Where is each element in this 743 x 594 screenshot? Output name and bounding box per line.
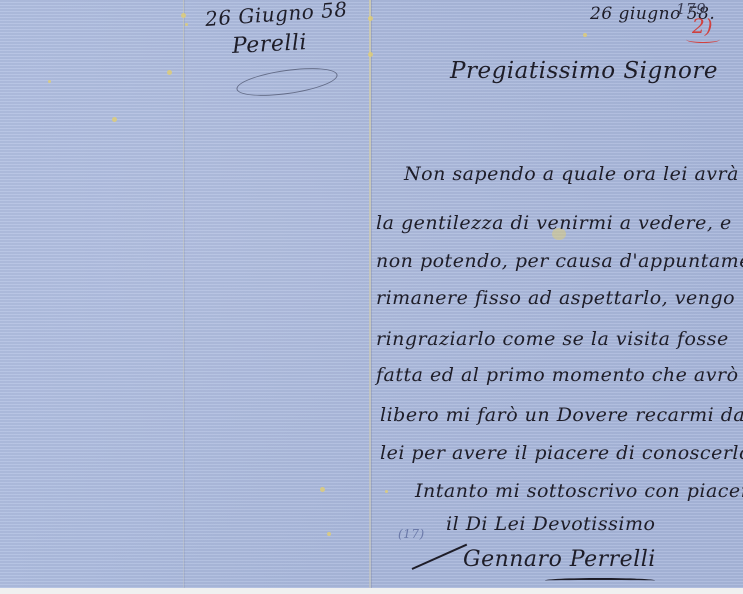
- letter-sheet: 26 Giugno 58 Perelli 26 giugno 58. 179 2…: [0, 0, 743, 588]
- foxing-spot: [181, 13, 186, 18]
- pencil-note: (17): [398, 527, 425, 541]
- signature: Gennaro Perrelli: [463, 547, 656, 572]
- closing: il Di Lei Devotissimo: [446, 513, 655, 535]
- scan-border: [0, 588, 743, 594]
- foxing-spot: [583, 33, 587, 37]
- foxing-spot: [112, 117, 117, 122]
- signature-underline-flourish: [545, 578, 655, 583]
- body-line: rimanere fisso ad aspettarlo, vengo: [376, 287, 735, 309]
- salutation: Pregiatissimo Signore: [450, 58, 718, 84]
- foxing-spot: [48, 80, 51, 83]
- foxing-spot: [320, 487, 325, 492]
- docket-oval-flourish: [235, 63, 339, 101]
- body-line: la gentilezza di venirmi a vedere, e: [376, 212, 732, 234]
- fold-crease-center: [369, 0, 371, 588]
- docket-date: 26 Giugno 58: [204, 0, 348, 31]
- body-line: Intanto mi sottoscrivo con piacere: [415, 480, 743, 502]
- body-line: fatta ed al primo momento che avrò: [376, 364, 739, 386]
- body-line: libero mi farò un Dovere recarmi da: [380, 404, 743, 426]
- body-line: non potendo, per causa d'appuntamenti,: [376, 250, 743, 272]
- foxing-spot: [368, 16, 373, 21]
- red-annotation-mark: 2): [692, 14, 713, 38]
- foxing-spot: [185, 23, 188, 26]
- body-line: lei per avere il piacere di conoscerlo.: [380, 442, 743, 464]
- foxing-spot: [167, 70, 172, 75]
- foxing-spot: [368, 52, 373, 57]
- body-line: ringraziarlo come se la visita fosse: [376, 328, 729, 350]
- docket-name: Perelli: [231, 30, 307, 59]
- fold-crease-left: [183, 0, 184, 588]
- signature-sweep: [412, 544, 468, 570]
- foxing-spot: [385, 490, 388, 493]
- foxing-spot: [327, 532, 331, 536]
- body-line: Non sapendo a quale ora lei avrà: [404, 163, 739, 185]
